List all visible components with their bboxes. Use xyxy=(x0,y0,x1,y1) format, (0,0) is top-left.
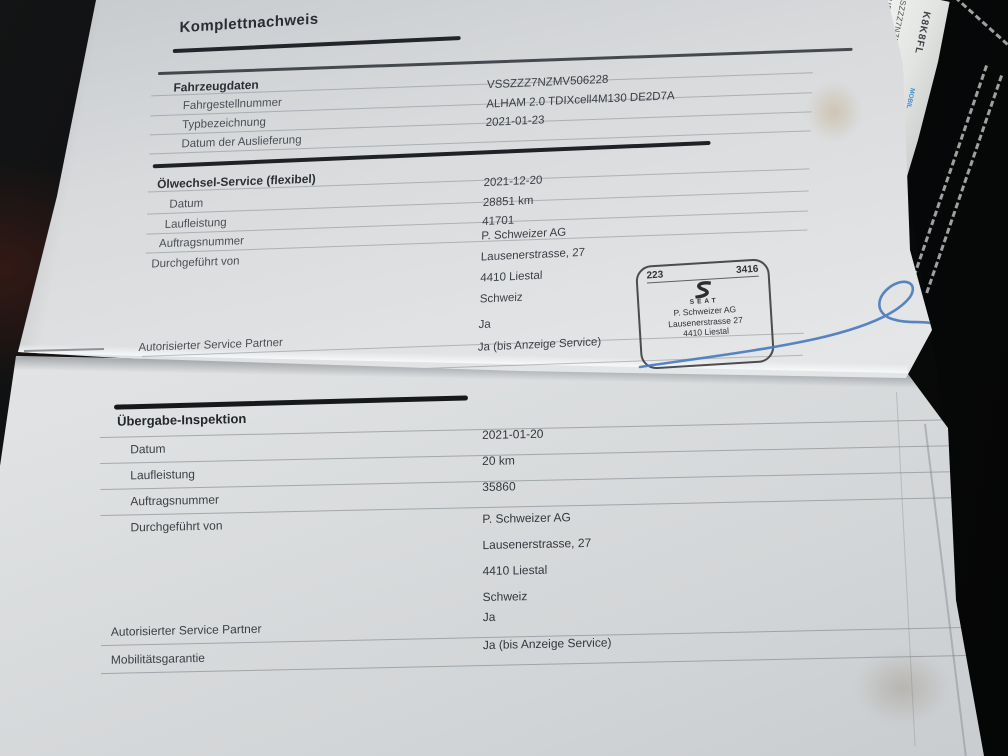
card-text-mobil: MOBIL xyxy=(905,87,916,109)
row-value: 20 km xyxy=(482,453,515,468)
photo-of-service-record: ..UB SSZZZ7NZMV5 7114 K8K8FL MOBIL Überg… xyxy=(0,0,1008,756)
row-value: 28851 km xyxy=(483,195,534,209)
row-value: 2021-01-20 xyxy=(482,427,543,442)
row-label: Laufleistung xyxy=(130,467,195,482)
row-value: 2021-12-20 xyxy=(483,174,542,189)
title-rule xyxy=(173,36,461,53)
row-label: Datum xyxy=(130,442,165,457)
row-value: Ja (bis Anzeige Service) xyxy=(483,635,612,652)
row-value: 2021-01-23 xyxy=(486,114,545,129)
row-label: Datum xyxy=(169,198,203,211)
row-label: Mobilitätsgarantie xyxy=(111,651,205,667)
row-label: Durchgeführt von xyxy=(130,519,222,535)
row-label: Auftragsnummer xyxy=(130,493,219,509)
row-label: Laufleistung xyxy=(164,217,226,231)
row-value: 35860 xyxy=(482,479,515,494)
row-value: Ja xyxy=(478,319,490,332)
row-label: Durchgeführt von xyxy=(151,255,240,270)
inspection-section: Übergabe-Inspektion Datum 2021-01-20 Lau… xyxy=(102,379,1003,728)
workshop-address: P. Schweizer AG Lausenerstrasse, 27 4410… xyxy=(482,504,591,610)
row-divider xyxy=(101,654,1001,674)
row-label: Auftragsnummer xyxy=(159,235,244,250)
row-label: Fahrgestellnummer xyxy=(183,97,282,112)
row-label: Autorisierter Service Partner xyxy=(111,622,262,639)
row-value: Ja xyxy=(483,610,496,624)
document-title: Komplettnachweis xyxy=(180,11,319,37)
row-label: Typbezeichnung xyxy=(182,116,266,131)
card-text-code: K8K8FL xyxy=(912,10,932,55)
workshop-address: P. Schweizer AG Lausenerstrasse, 27 4410… xyxy=(480,222,586,311)
